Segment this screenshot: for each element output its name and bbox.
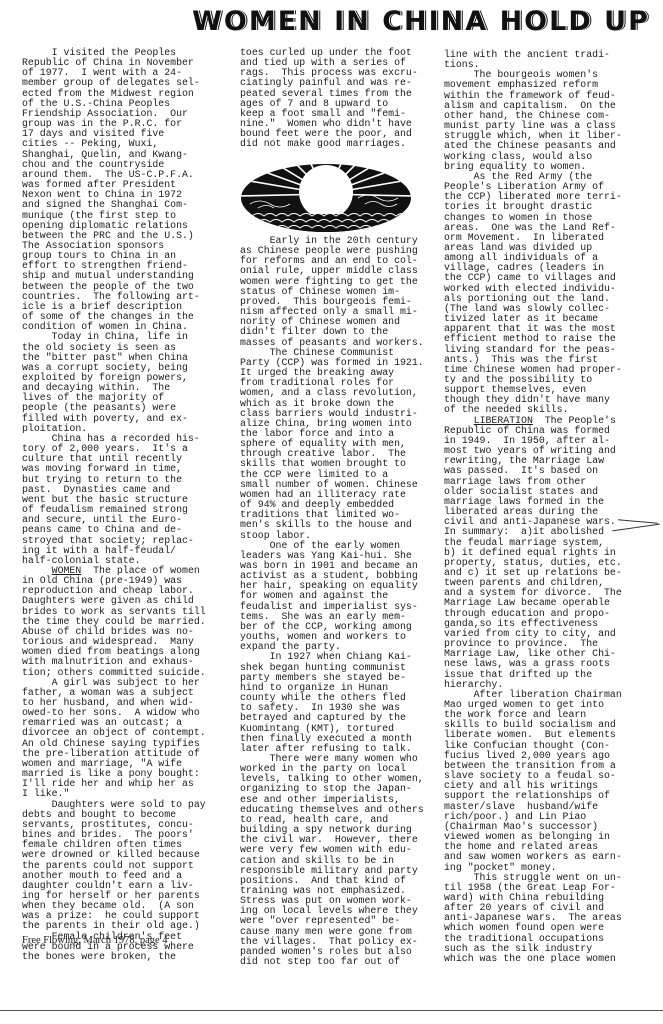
column-left: I visited the Peoples Republic of China … — [22, 48, 206, 962]
paragraph: China has a recorded his- tory of 2,000 … — [22, 434, 206, 566]
column-right: line with the ancient tradi- tions. The … — [444, 50, 622, 964]
paragraph: line with the ancient tradi- tions. — [444, 50, 622, 70]
paragraph: The bourgeois women's movement emphasize… — [444, 70, 622, 172]
paragraph: As the Red Army (the People's Liberation… — [444, 172, 622, 416]
rising-sun-illustration — [240, 160, 412, 232]
paragraph: WOMEN The place of women in Old China (p… — [22, 566, 206, 678]
paragraph: In 1927 when Chiang Kai- shek began hunt… — [240, 652, 424, 754]
paragraph: LIBERATION The People's Republic of Chin… — [444, 416, 622, 690]
footer-citation: Free Flowing, March 1978, page 4 — [22, 935, 168, 946]
column-middle-top: toes curled up under the foot and tied u… — [240, 48, 418, 150]
bottom-rule — [0, 1010, 663, 1011]
margin-mark — [618, 519, 658, 523]
paragraph: Early in the 20th century as Chinese peo… — [240, 236, 424, 348]
headline: WOMEN IN CHINA HOLD UP — [196, 6, 646, 36]
paragraph: Daughters were sold to pay debts and bou… — [22, 800, 206, 932]
paragraph: The Chinese Communist Party (CCP) was fo… — [240, 348, 424, 541]
paragraph: There were many women who worked in the … — [240, 754, 424, 967]
paragraph: I visited the Peoples Republic of China … — [22, 48, 206, 332]
paragraph-text: The place of women in Old China (pre-194… — [22, 565, 206, 678]
paragraph: Today in China, life in the old society … — [22, 332, 206, 434]
column-middle: Early in the 20th century as Chinese peo… — [240, 236, 424, 967]
paragraph: After liberation Chairman Mao urged wome… — [444, 690, 622, 873]
paragraph: This struggle went on un- til 1958 (the … — [444, 873, 622, 964]
paragraph: A girl was subject to her father, a woma… — [22, 678, 206, 800]
paragraph-text: The People's Republic of China was forme… — [444, 415, 622, 690]
paragraph: One of the early women leaders was Yang … — [240, 541, 424, 653]
